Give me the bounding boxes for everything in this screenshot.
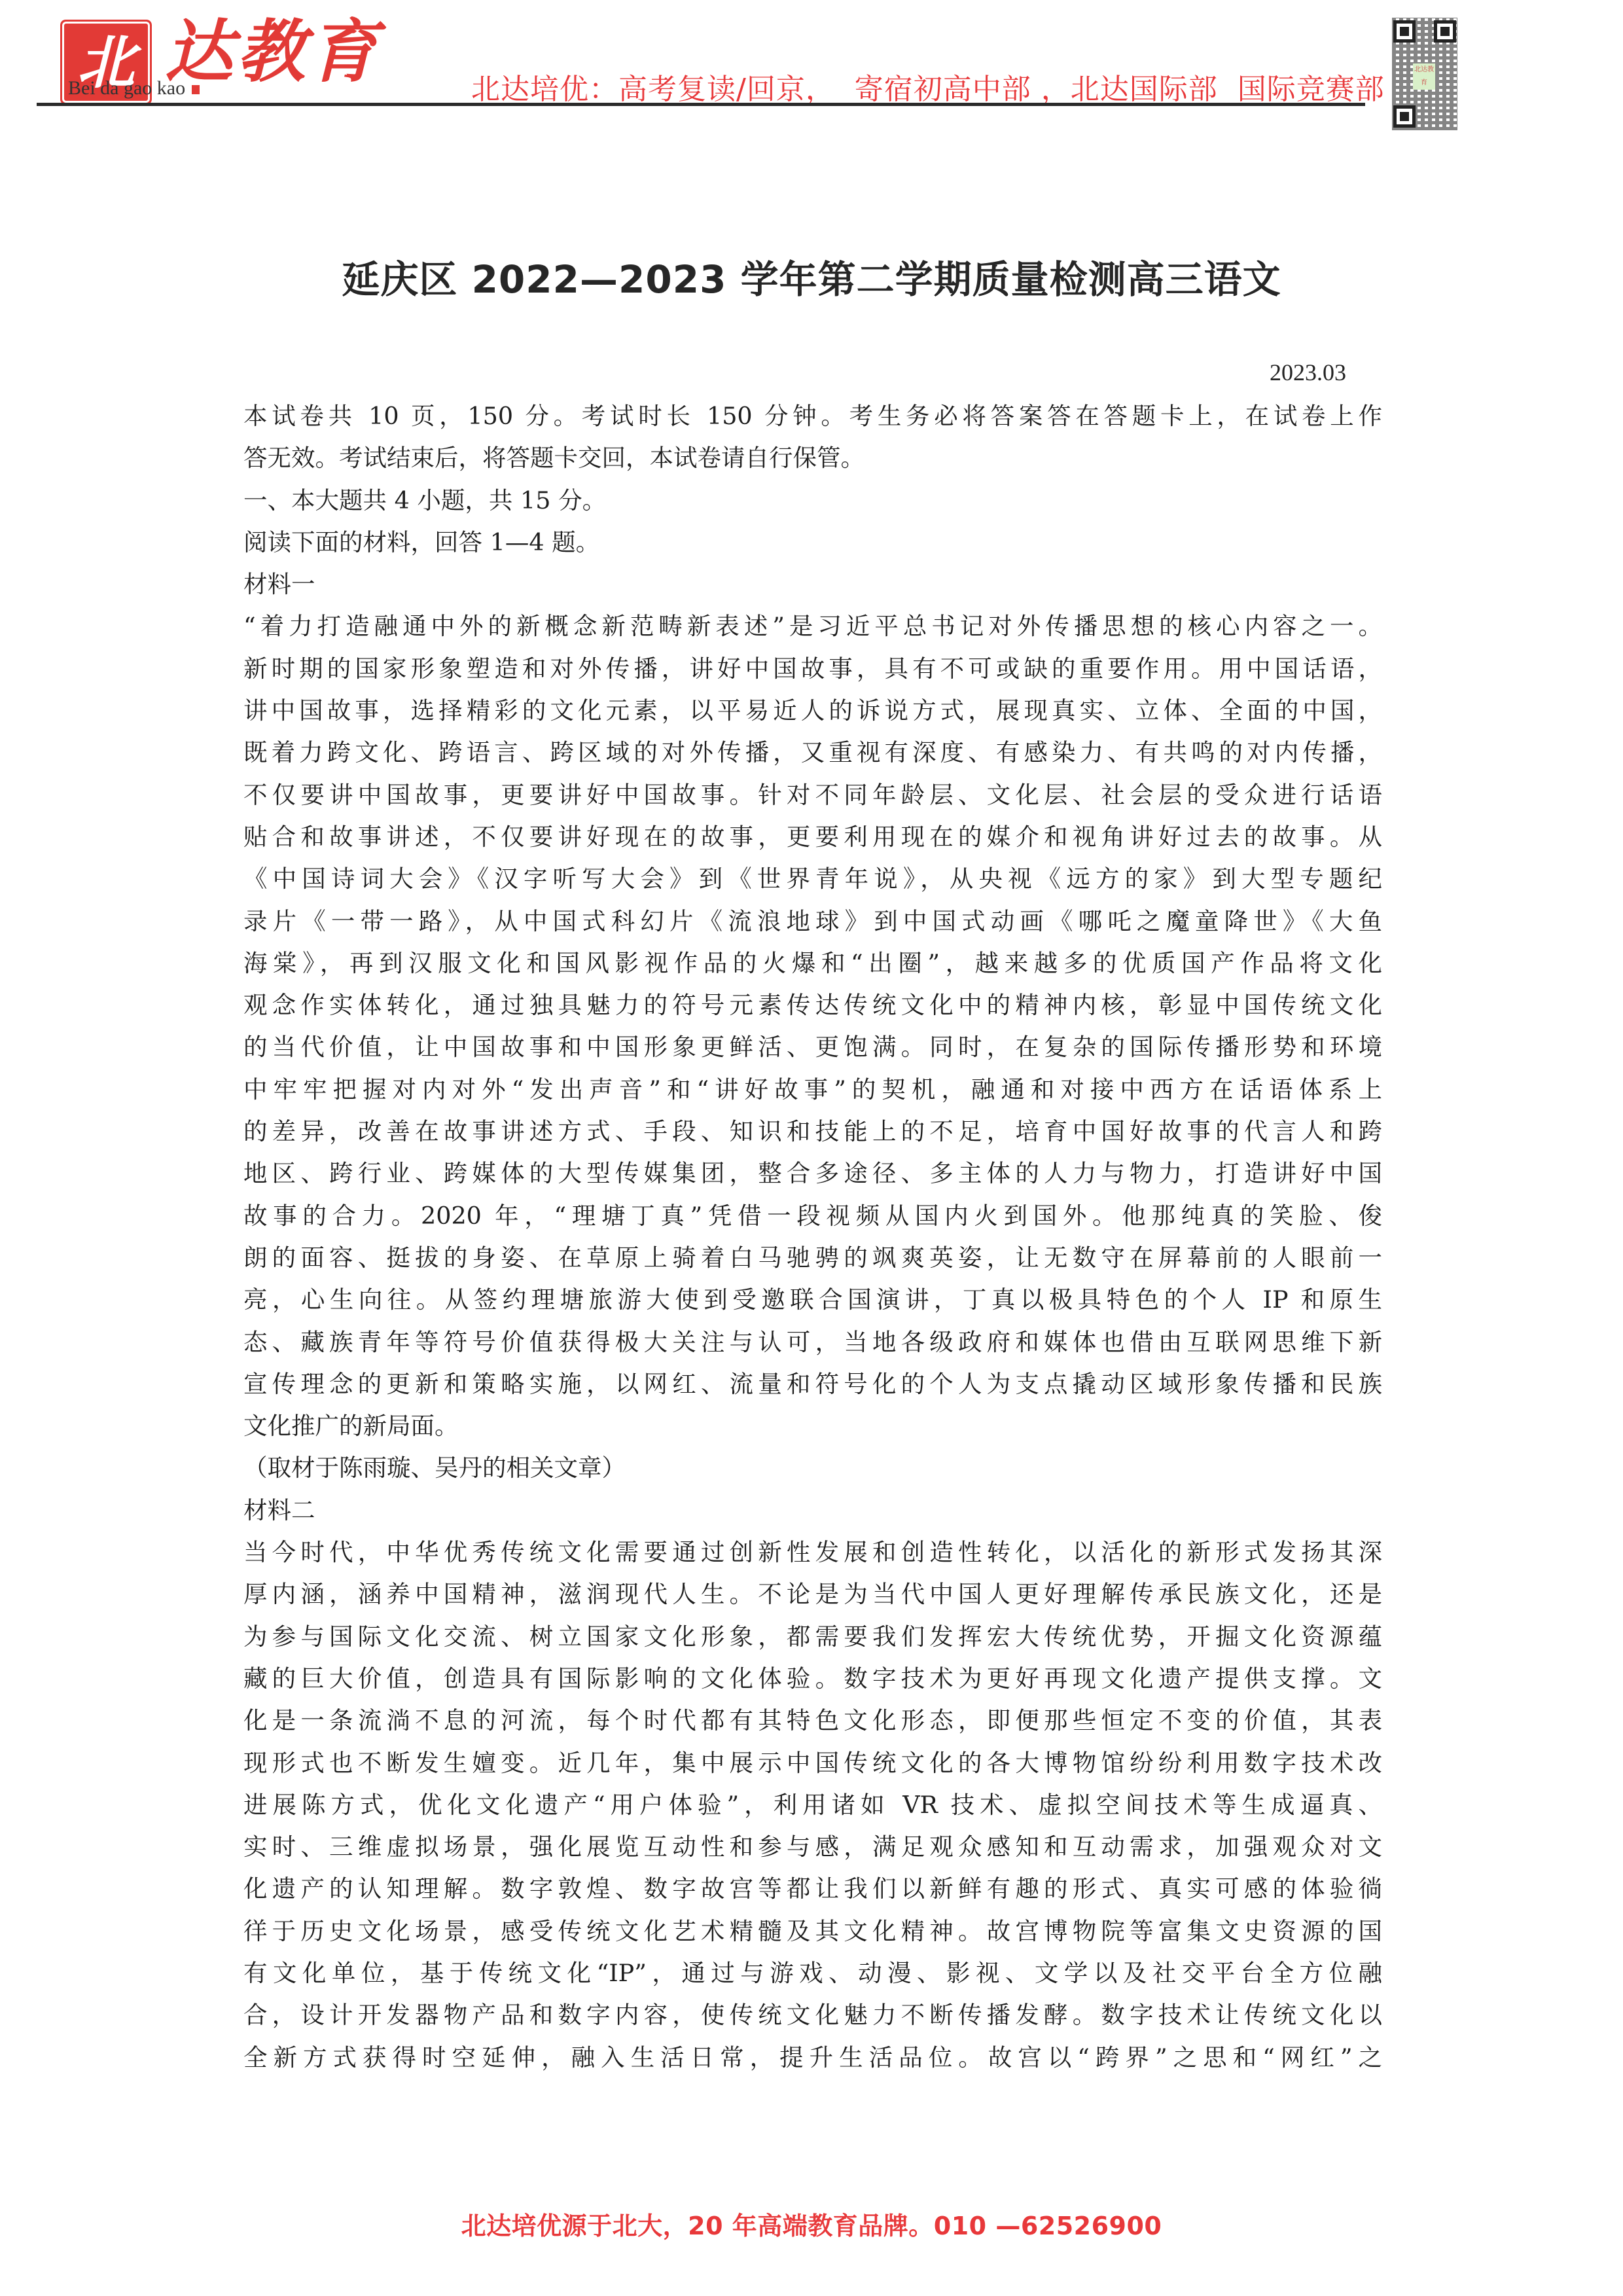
- text-line: 新时期的国家形象塑造和对外传播，讲好中国故事，具有不可或缺的重要作用。用中国话语…: [243, 648, 1382, 690]
- text-line: 地区、跨行业、跨媒体的大型传媒集团，整合多途径、多主体的人力与物力，打造讲好中国: [243, 1153, 1382, 1194]
- header-divider: [37, 103, 1365, 106]
- logo-subtitle: Bei da gao kao: [68, 77, 200, 99]
- qr-finder-bottom-left: [1393, 105, 1416, 128]
- text-line: 徉于历史文化场景，感受传统文化艺术精髓及其文化精神。故宫博物院等富集文史资源的国: [243, 1910, 1382, 1952]
- qr-finder-top-right: [1434, 20, 1456, 43]
- text-line: 录片《一带一路》，从中国式科幻片《流浪地球》到中国式动画《哪吒之魔童降世》《大鱼: [243, 901, 1382, 942]
- text-line: 《中国诗词大会》《汉字听写大会》到《世界青年说》，从央视《远方的家》到大型专题纪: [243, 858, 1382, 900]
- text-line: 实时、三维虚拟场景，强化展览互动性和参与感，满足观众感知和互动需求，加强观众对文: [243, 1826, 1382, 1868]
- text-line: 的当代价值，让中国故事和中国形象更鲜活、更饱满。同时，在复杂的国际传播形势和环境: [243, 1026, 1382, 1068]
- material-label: 材料二: [243, 1490, 1382, 1532]
- page-title: 延庆区 2022—2023 学年第二学期质量检测高三语文: [0, 249, 1623, 304]
- text-line: 进展陈方式，优化文化遗产“用户体验”，利用诸如 VR 技术、虚拟空间技术等生成逼…: [243, 1784, 1382, 1826]
- source-citation: （取材于陈雨璇、吴丹的相关文章）: [243, 1447, 1382, 1489]
- logo-subtitle-text: Bei da gao kao: [68, 77, 185, 99]
- page-header: 北 达教育 Bei da gao kao 北达培优：高考复读/回京， 寄宿初高中…: [0, 0, 1623, 151]
- text-line: 本试卷共 10 页，150 分。考试时长 150 分钟。考生务必将答案答在答题卡…: [243, 395, 1382, 437]
- text-line: 有文化单位，基于传统文化“IP”，通过与游戏、动漫、影视、文学以及社交平台全方位…: [243, 1952, 1382, 1994]
- qr-finder-top-left: [1393, 20, 1416, 43]
- text-line: 讲中国故事，选择精彩的文化元素，以平易近人的诉说方式，展现真实、立体、全面的中国…: [243, 690, 1382, 732]
- text-line: 全新方式获得时空延伸，融入生活日常，提升生活品位。故宫以“跨界”之思和“网红”之: [243, 2037, 1382, 2079]
- header-slogan: 北达培优：高考复读/回京， 寄宿初高中部 ，北达国际部 国际竞赛部: [471, 65, 1385, 107]
- text-line: 为参与国际文化交流、树立国家文化形象，都需要我们发挥宏大传统优势，开掘文化资源蕴: [243, 1616, 1382, 1658]
- qr-center-logo: 北达教育: [1413, 63, 1435, 90]
- text-line: 宣传理念的更新和策略实施，以网红、流量和符号化的个人为支点撬动区域形象传播和民族: [243, 1363, 1382, 1405]
- text-line: 化遗产的认知理解。数字敦煌、数字故宫等都让我们以新鲜有趣的形式、真实可感的体验徜: [243, 1868, 1382, 1910]
- qr-code-icon: 北达教育: [1392, 18, 1457, 130]
- document-body: 本试卷共 10 页，150 分。考试时长 150 分钟。考生务必将答案答在答题卡…: [243, 395, 1382, 2079]
- text-line: 合，设计开发器物产品和数字内容，使传统文化魅力不断传播发酵。数字技术让传统文化以: [243, 1994, 1382, 2036]
- instruction: 阅读下面的材料，回答 1—4 题。: [243, 522, 1382, 564]
- material-label: 材料一: [243, 564, 1382, 605]
- text-line: 不仅要讲中国故事，更要讲好中国故事。针对不同年龄层、文化层、社会层的受众进行话语: [243, 774, 1382, 816]
- text-line: 贴合和故事讲述，不仅要讲好现在的故事，更要利用现在的媒介和视角讲好过去的故事。从: [243, 816, 1382, 858]
- text-line: 化是一条流淌不息的河流，每个时代都有其特色文化形态，即便那些恒定不变的价值，其表: [243, 1700, 1382, 1742]
- text-line: 厚内涵，涵养中国精神，滋润现代人生。不论是为当代中国人更好理解传承民族文化，还是: [243, 1573, 1382, 1615]
- square-icon: [192, 85, 200, 94]
- text-line: 文化推广的新局面。: [243, 1405, 1382, 1447]
- text-line: 亮，心生向往。从签约理塘旅游大使到受邀联合国演讲，丁真以极具特色的个人 IP 和…: [243, 1279, 1382, 1321]
- text-line: 故事的合力。2020 年，“理塘丁真”凭借一段视频从国内火到国外。他那纯真的笑脸…: [243, 1195, 1382, 1237]
- text-line: 的差异，改善在故事讲述方式、手段、知识和技能上的不足，培育中国好故事的代言人和跨: [243, 1111, 1382, 1153]
- exam-date: 2023.03: [1270, 359, 1346, 386]
- text-line: 既着力跨文化、跨语言、跨区域的对外传播，又重视有深度、有感染力、有共鸣的对内传播…: [243, 732, 1382, 774]
- page-footer: 北达培优源于北大，20 年高端教育品牌。010 —62526900: [0, 2206, 1623, 2242]
- text-line: 态、藏族青年等符号价值获得极大关注与认可，当地各级政府和媒体也借由互联网思维下新: [243, 1321, 1382, 1363]
- text-line: 朗的面容、挺拔的身姿、在草原上骑着白马驰骋的飒爽英姿，让无数守在屏幕前的人眼前一: [243, 1237, 1382, 1279]
- text-line: 现形式也不断发生嬗变。近几年，集中展示中国传统文化的各大博物馆纷纷利用数字技术改: [243, 1742, 1382, 1784]
- text-line: 海棠》，再到汉服文化和国风影视作品的火爆和“出圈”，越来越多的优质国产作品将文化: [243, 942, 1382, 984]
- text-line: 当今时代，中华优秀传统文化需要通过创新性发展和创造性转化，以活化的新形式发扬其深: [243, 1532, 1382, 1573]
- text-line: 答无效。考试结束后，将答题卡交回，本试卷请自行保管。: [243, 437, 1382, 479]
- section-heading: 一、本大题共 4 小题，共 15 分。: [243, 480, 1382, 522]
- text-line: 观念作实体转化，通过独具魅力的符号元素传达传统文化中的精神内核，彰显中国传统文化: [243, 984, 1382, 1026]
- text-line: 中牢牢把握对内对外“发出声音”和“讲好故事”的契机，融通和对接中西方在话语体系上: [243, 1069, 1382, 1111]
- text-line: 藏的巨大价值，创造具有国际影响的文化体验。数字技术为更好再现文化遗产提供支撑。文: [243, 1658, 1382, 1700]
- text-line: “着力打造融通中外的新概念新范畴新表述”是习近平总书记对外传播思想的核心内容之一…: [243, 605, 1382, 647]
